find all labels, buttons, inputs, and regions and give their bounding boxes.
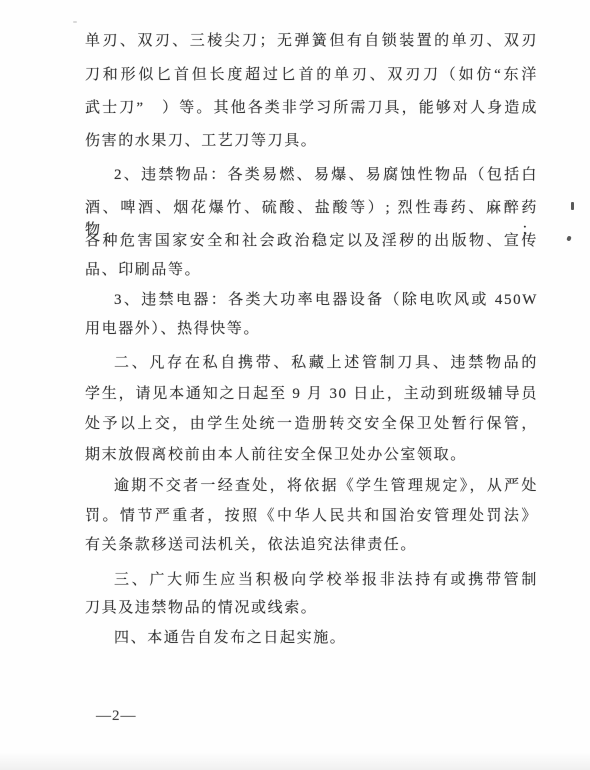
document-line: 刀和形似匕首但长度超过匕首的单刃、双刃刀（如仿“东洋 [85,64,538,86]
document-line: 有关条款移送司法机关，依法追究法律责任。 [85,534,538,556]
document-line: 罚。情节严重者，按照《中华人民共和国治安管理处罚法》 [85,505,538,527]
document-line: 处予以上交，由学生处统一造册转交安全保卫处暂行保管， [85,413,538,435]
document-line: 伤害的水果刀、工艺刀等刀具。 [85,130,538,152]
document-line: 2、违禁物品：各类易燃、易爆、易腐蚀性物品（包括白 [85,164,538,186]
document-line: 期末放假离校前由本人前往安全保卫处办公室领取。 [85,444,538,466]
scan-edge-shadow [0,752,590,770]
document-line: 学生，请见本通知之日起至 9 月 30 日止，主动到班级辅导员 [85,383,538,405]
document-line: 单刃、双刃、三棱尖刀；无弹簧但有自锁装置的单刃、双刃 [85,30,538,52]
document-line: 各种危害国家安全和社会政治稳定以及淫秽的出版物、宣传 [85,230,538,252]
document-line: 酒、啤酒、烟花爆竹、硫酸、盐酸等）; 烈性毒药、麻醉药物； [85,197,538,219]
document-line: 三、广大师生应当积极向学校举报非法持有或携带管制 [85,569,538,591]
document-line: 四、本通告自发布之日起实施。 [85,627,538,649]
document-line: 武士刀” ）等。其他各类非学习所需刀具，能够对人身造成 [85,97,538,119]
document-line: 刀具及违禁物品的情况或线索。 [85,597,538,619]
scanned-document-page: 单刃、双刃、三棱尖刀；无弹簧但有自锁装置的单刃、双刃 刀和形似匕首但长度超过匕首… [0,0,590,770]
document-line: 3、违禁电器：各类大功率电器设备（除电吹风或 450W [85,289,538,311]
document-line: 用电器外）、热得快等。 [85,318,538,340]
document-line: 逾期不交者一经查处，将依据《学生管理规定》，从严处 [85,475,538,497]
scan-artifact-speck [566,235,571,241]
document-line: 二、凡存在私自携带、私藏上述管制刀具、违禁物品的 [85,352,538,374]
scan-artifact-speck [571,202,574,210]
document-line: 品、印刷品等。 [85,259,538,281]
scan-artifact-speck [73,21,77,23]
page-number: —2— [96,708,137,725]
